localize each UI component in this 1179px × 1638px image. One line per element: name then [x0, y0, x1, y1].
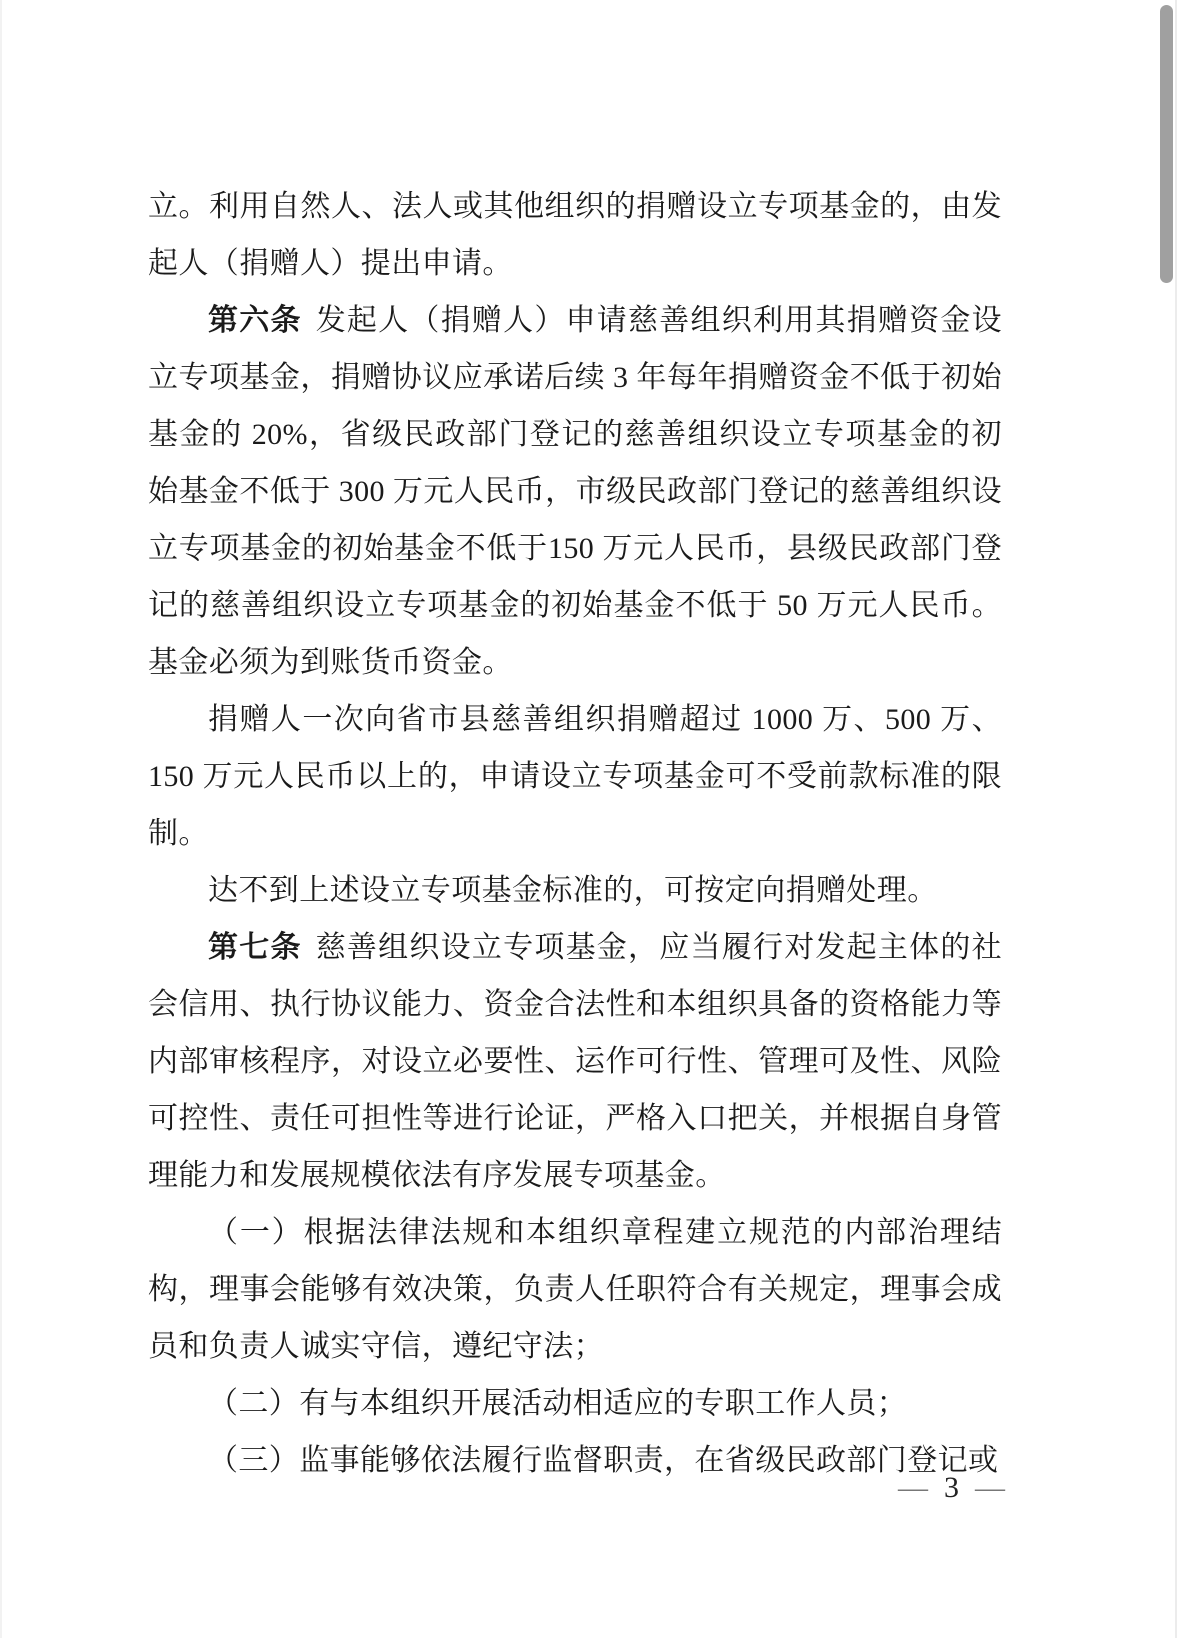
article-6-number: 第六条: [208, 304, 302, 337]
scrollbar-track: [1175, 0, 1177, 1638]
paragraph-one-time-donation: 捐赠人一次向省市县慈善组织捐赠超过 1000 万、500 万、150 万元人民币…: [148, 691, 1002, 862]
paragraph-item-2: （二）有与本组织开展活动相适应的专职工作人员；: [148, 1375, 1002, 1432]
paragraph-text: （三）监事能够依法履行监督职责，在省级民政部门登记或: [208, 1444, 998, 1477]
document-body: 立。利用自然人、法人或其他组织的捐赠设立专项基金的，由发起人（捐赠人）提出申请。…: [148, 178, 1002, 1489]
paragraph-text: （一）根据法律法规和本组织章程建立规范的内部治理结构，理事会能够有效决策，负责人…: [148, 1216, 1002, 1363]
paragraph-text: （二）有与本组织开展活动相适应的专职工作人员；: [208, 1387, 907, 1420]
paragraph-item-1: （一）根据法律法规和本组织章程建立规范的内部治理结构，理事会能够有效决策，负责人…: [148, 1204, 1002, 1375]
paragraph-item-3: （三）监事能够依法履行监督职责，在省级民政部门登记或: [148, 1432, 1002, 1489]
paragraph-article-6: 第六条发起人（捐赠人）申请慈善组织利用其捐赠资金设立专项基金，捐赠协议应承诺后续…: [148, 292, 1002, 691]
scrollbar-thumb[interactable]: [1160, 5, 1173, 283]
paragraph-below-standard: 达不到上述设立专项基金标准的，可按定向捐赠处理。: [148, 862, 1002, 919]
paragraph-text: 发起人（捐赠人）申请慈善组织利用其捐赠资金设立专项基金，捐赠协议应承诺后续 3 …: [148, 304, 1002, 679]
page-number-dash-right: —: [975, 1471, 1005, 1504]
document-page: 立。利用自然人、法人或其他组织的捐赠设立专项基金的，由发起人（捐赠人）提出申请。…: [0, 0, 1179, 1638]
paragraph-article-7: 第七条慈善组织设立专项基金，应当履行对发起主体的社会信用、执行协议能力、资金合法…: [148, 919, 1002, 1204]
page-number: —3—: [898, 1470, 1005, 1506]
article-7-number: 第七条: [208, 931, 302, 964]
page-number-value: 3: [944, 1471, 959, 1504]
paragraph-text: 立。利用自然人、法人或其他组织的捐赠设立专项基金的，由发起人（捐赠人）提出申请。: [148, 190, 1002, 280]
paragraph-text: 捐赠人一次向省市县慈善组织捐赠超过 1000 万、500 万、150 万元人民币…: [148, 703, 1002, 850]
paragraph-continuation: 立。利用自然人、法人或其他组织的捐赠设立专项基金的，由发起人（捐赠人）提出申请。: [148, 178, 1002, 292]
paragraph-text: 达不到上述设立专项基金标准的，可按定向捐赠处理。: [208, 874, 938, 907]
paragraph-text: 慈善组织设立专项基金，应当履行对发起主体的社会信用、执行协议能力、资金合法性和本…: [148, 931, 1002, 1192]
page-number-dash-left: —: [898, 1471, 928, 1504]
